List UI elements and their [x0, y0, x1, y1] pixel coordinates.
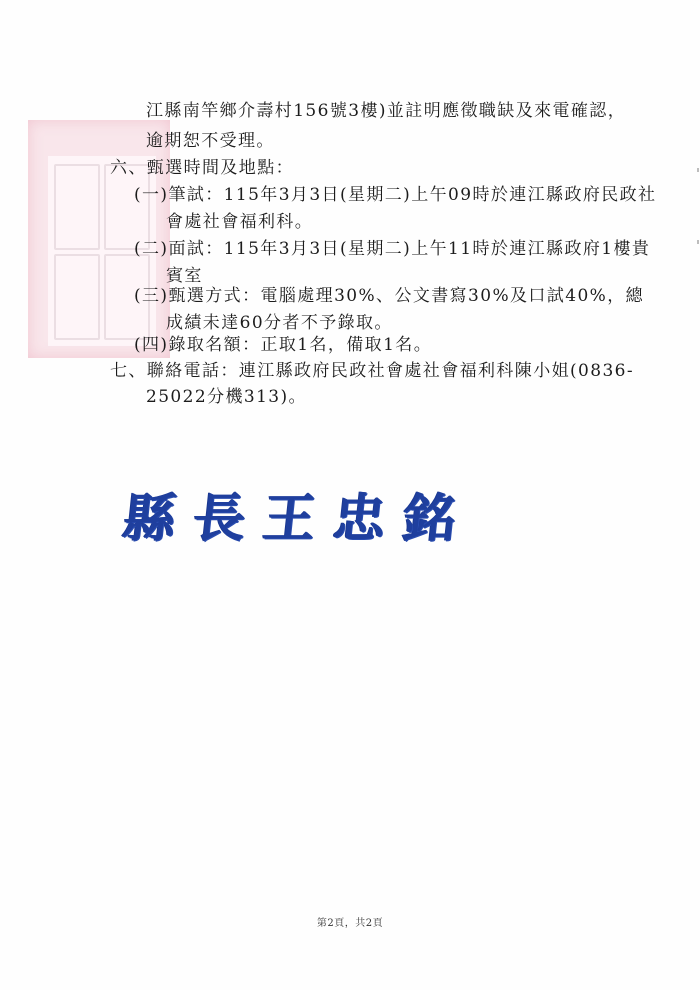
- body-line-deadline-note: 逾期恕不受理。: [146, 130, 275, 152]
- section-seven-contact: 七、聯絡電話：連江縣政府民政社會處社會福利科陳小姐(0836-: [110, 360, 634, 382]
- item-selection-method-continued: 成績未達60分者不予錄取。: [166, 312, 393, 334]
- body-line-address-continued: 江縣南竿鄉介壽村156號3樓)並註明應徵職缺及來電確認，: [146, 100, 626, 122]
- section-six-heading: 六、甄選時間及地點：: [110, 157, 294, 179]
- scan-edge-mark: [697, 240, 699, 244]
- seal-glyph: [54, 164, 100, 250]
- item-admission-quota: (四)錄取名額：正取1名，備取1名。: [134, 334, 432, 356]
- section-seven-contact-continued: 25022分機313)。: [146, 386, 307, 408]
- item-written-exam-continued: 會處社會福利科。: [166, 211, 313, 233]
- page-number-footer: 第2頁，共2頁: [0, 914, 700, 929]
- item-interview-continued: 賓室: [166, 265, 203, 287]
- item-interview: (二)面試：115年3月3日(星期二)上午11時於連江縣政府1樓貴: [134, 238, 650, 260]
- item-written-exam: (一)筆試：115年3月3日(星期二)上午09時於連江縣政府民政社: [134, 184, 656, 206]
- scan-edge-mark: [697, 168, 699, 172]
- document-page: 江縣南竿鄉介壽村156號3樓)並註明應徵職缺及來電確認， 逾期恕不受理。 六、甄…: [0, 0, 700, 990]
- item-selection-method: (三)甄選方式：電腦處理30%、公文書寫30%及口試40%，總: [134, 285, 644, 307]
- magistrate-signature: 縣長王忠銘: [120, 476, 478, 551]
- seal-glyph: [54, 254, 100, 340]
